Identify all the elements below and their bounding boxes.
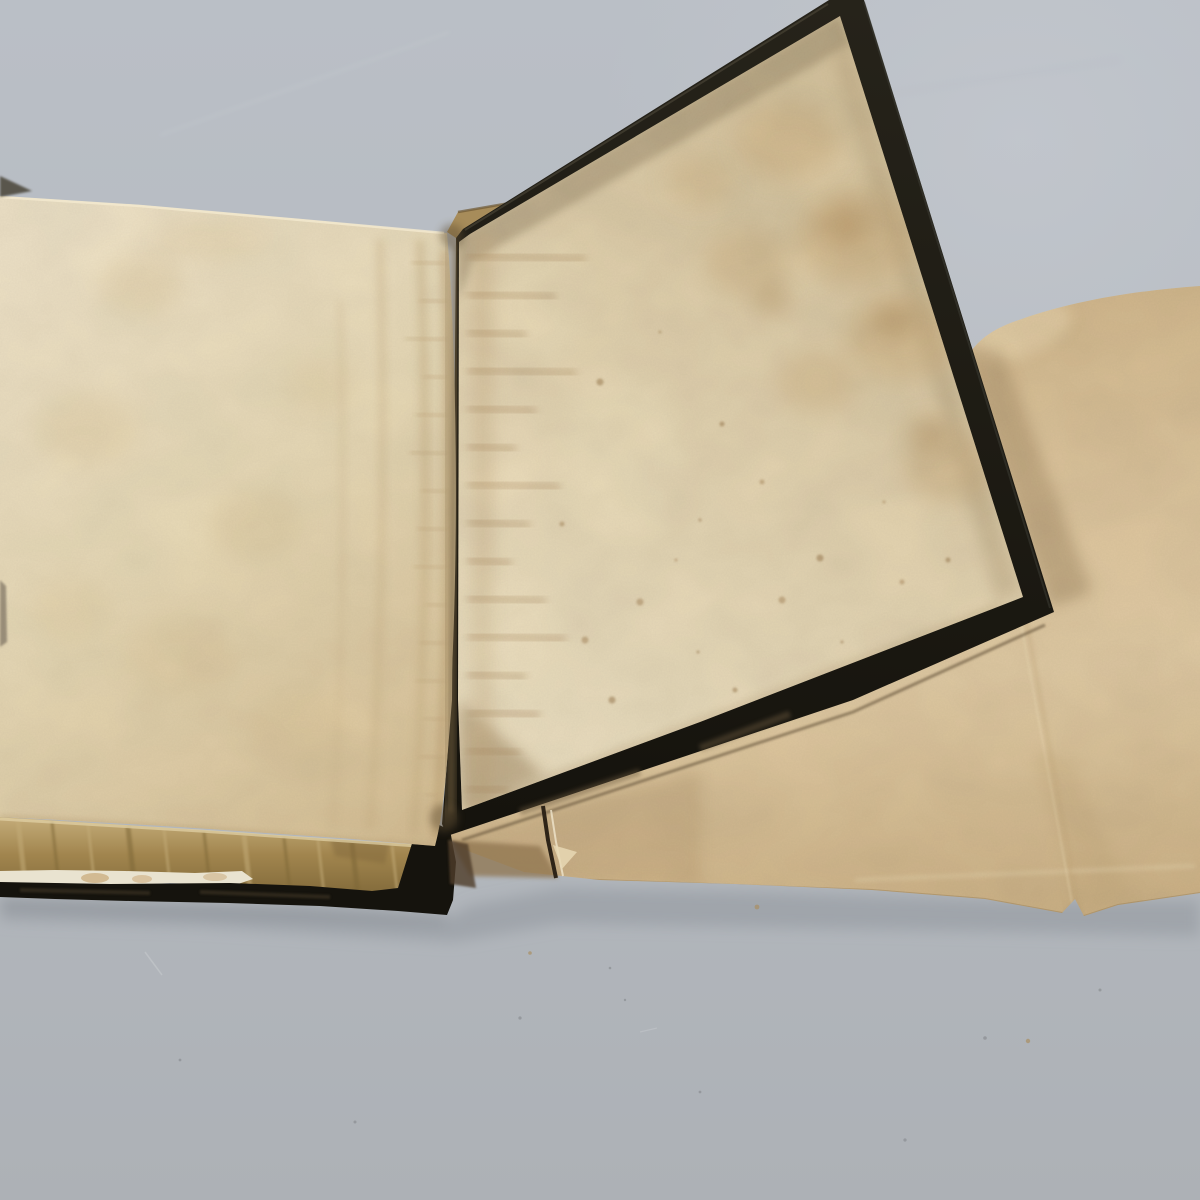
speck — [1026, 1039, 1030, 1043]
gutter-bottom-shadow — [430, 804, 458, 832]
photo-canvas — [0, 0, 1200, 1200]
gutter-top-shadow — [440, 224, 464, 248]
speck — [903, 1138, 906, 1141]
scrap-stain — [132, 875, 152, 883]
speck — [354, 1121, 357, 1124]
scrap-stain — [81, 873, 109, 883]
speck — [983, 1036, 987, 1040]
speck — [755, 905, 760, 910]
speck — [1099, 989, 1102, 992]
speck — [528, 951, 532, 955]
scrap-stain — [203, 873, 227, 881]
speck — [699, 1091, 702, 1094]
speck — [518, 1016, 521, 1019]
left-page — [0, 190, 470, 860]
speck — [624, 999, 626, 1001]
board-side-sliver — [0, 580, 7, 647]
speck — [609, 967, 612, 970]
book-photo — [0, 0, 1200, 1200]
speck — [179, 1059, 182, 1062]
left-leaf-grain — [0, 190, 470, 860]
left-leaf-aging — [0, 190, 470, 860]
